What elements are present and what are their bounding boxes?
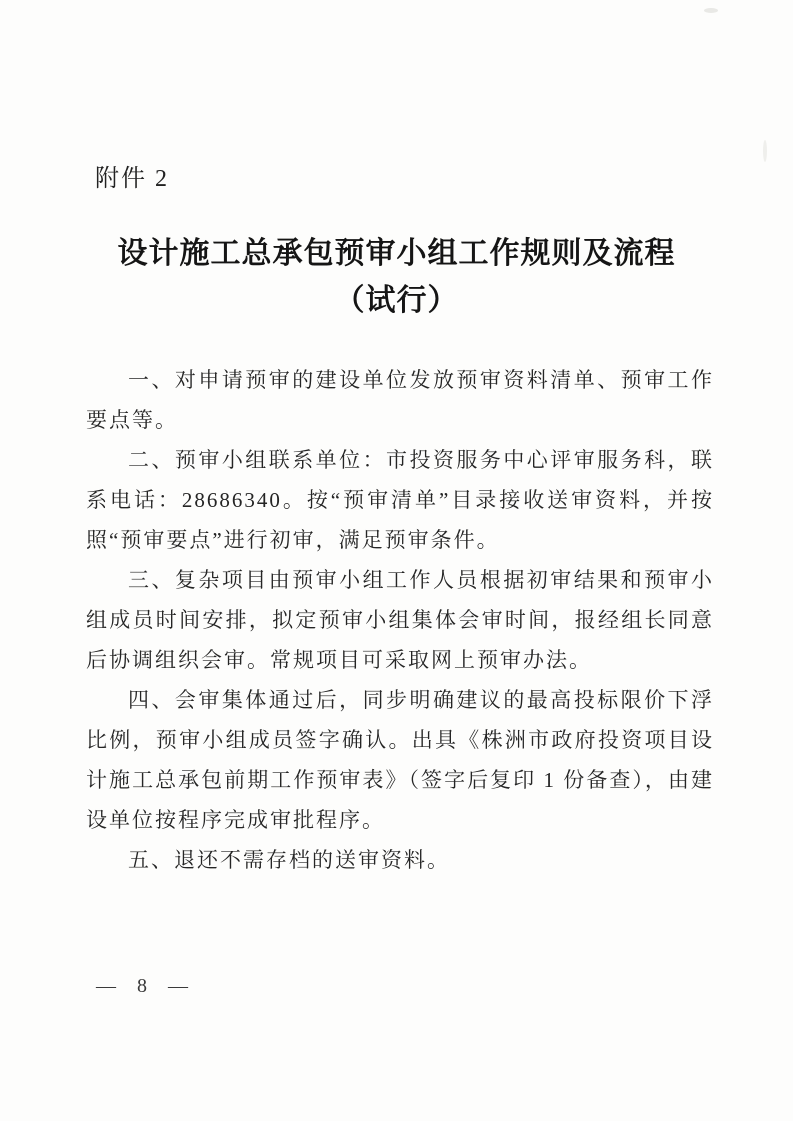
document-title: 设计施工总承包预审小组工作规则及流程 （试行） [0, 230, 793, 324]
scanned-document: { "doc": { "attachment_label": "附件 2", "… [0, 0, 793, 1121]
page-number: — 8 — [96, 975, 196, 998]
paragraph-2: 二、预审小组联系单位：市投资服务中心评审服务科，联系电话：28686340。按“… [86, 440, 714, 560]
paragraph-4: 四、会审集体通过后，同步明确建议的最高投标限价下浮比例，预审小组成员签字确认。出… [86, 680, 714, 840]
paragraph-1: 一、对申请预审的建设单位发放预审资料清单、预审工作要点等。 [86, 360, 714, 440]
attachment-label: 附件 2 [95, 158, 169, 193]
title-line-1: 设计施工总承包预审小组工作规则及流程 [0, 230, 793, 277]
scan-artifact [704, 8, 718, 13]
title-line-2: （试行） [0, 277, 793, 324]
document-page: 附件 2 设计施工总承包预审小组工作规则及流程 （试行） 一、对申请预审的建设单… [0, 0, 793, 1121]
document-body: 一、对申请预审的建设单位发放预审资料清单、预审工作要点等。 二、预审小组联系单位… [86, 360, 714, 880]
paragraph-3: 三、复杂项目由预审小组工作人员根据初审结果和预审小组成员时间安排，拟定预审小组集… [86, 560, 714, 680]
scan-artifact [763, 140, 767, 162]
paragraph-5: 五、退还不需存档的送审资料。 [86, 840, 714, 880]
